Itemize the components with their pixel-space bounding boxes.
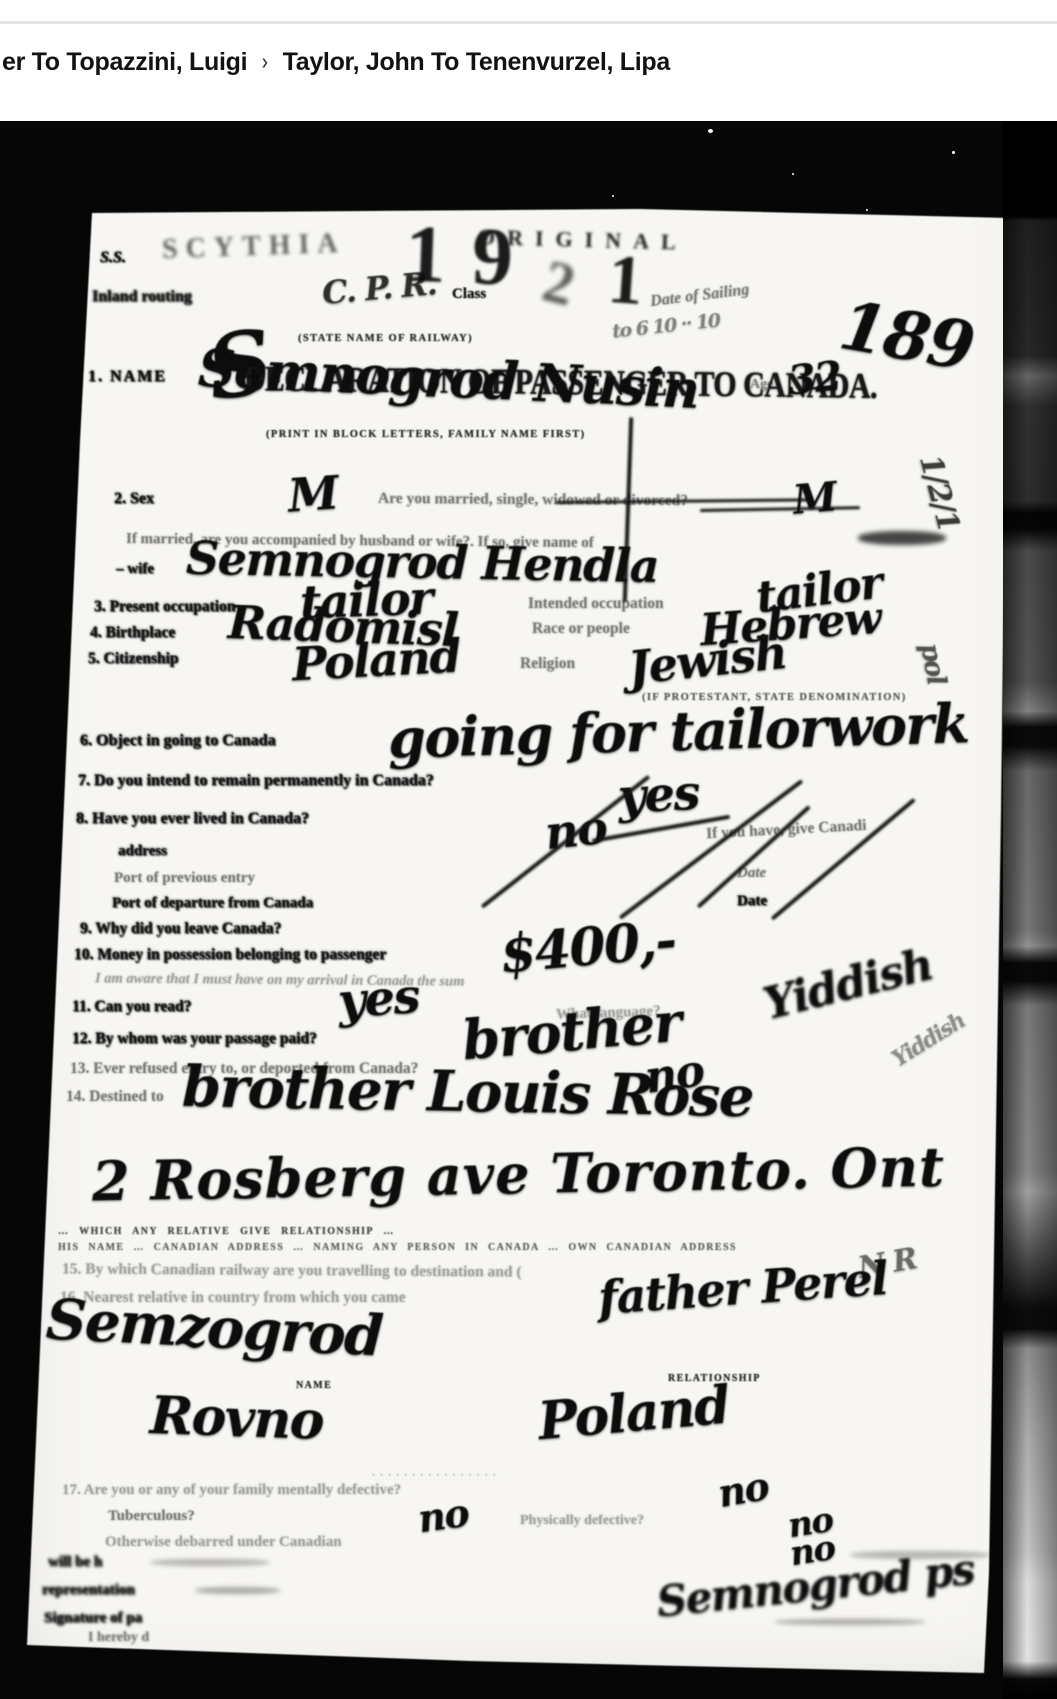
port-departure-label: Port of departure from Canada xyxy=(112,895,313,912)
race-label: Race or people xyxy=(532,620,630,638)
q2-sex-handwritten: M xyxy=(286,465,339,522)
otherwise-debarred-label: Otherwise debarred under Canadian xyxy=(105,1534,342,1551)
railway-note: (STATE NAME OF RAILWAY) xyxy=(298,333,473,344)
inland-routing-handwritten: C. P. R. xyxy=(321,264,438,312)
left-margin-vertical-scrawl: Semnogrod xyxy=(0,371,76,618)
port-previous-entry-label: Port of previous entry xyxy=(114,870,255,887)
signature-label: Signature of pa xyxy=(44,1610,142,1627)
pen-stroke-diagonal xyxy=(771,798,916,921)
q10-label: 10. Money in possession belonging to pas… xyxy=(74,946,386,964)
q11-answer-handwritten: yes xyxy=(336,968,421,1030)
q4-label: 4. Birthplace xyxy=(90,624,175,642)
q16-country-handwritten: Poland xyxy=(536,1375,732,1452)
q16-relative-handwritten: father Perel xyxy=(596,1251,888,1325)
year-stamp-2: 2 xyxy=(536,246,582,320)
willbe-label: will be h xyxy=(48,1554,102,1571)
q10-money-handwritten: $400,- xyxy=(498,909,678,985)
citizenship-handwritten: Poland xyxy=(291,629,462,692)
film-strip-shading xyxy=(1003,121,1057,1699)
q6-label: 6. Object in going to Canada xyxy=(80,732,276,750)
q14-label: 14. Destined to xyxy=(66,1088,164,1106)
tuberculous-answer-handwritten: no xyxy=(415,1490,471,1542)
q7-answer-handwritten: yes xyxy=(617,765,701,825)
q11-label: 11. Can you read? xyxy=(72,998,191,1016)
date-sailing-label: Date of Sailing xyxy=(649,281,750,311)
q9-label: 9. Why did you leave Canada? xyxy=(80,920,281,938)
header-divider xyxy=(0,21,1057,24)
breadcrumb-bar: er To Topazzini, Luigi›Taylor, John To T… xyxy=(0,0,1057,121)
fine-print-line2: HIS NAME … CANADIAN ADDRESS … NAMING ANY… xyxy=(58,1242,737,1253)
faint-text-smear xyxy=(195,1587,280,1594)
address-label: address xyxy=(118,843,167,860)
faint-text-smear xyxy=(775,1619,925,1625)
religion-label: Religion xyxy=(520,655,575,673)
q12-label: 12. By whom was your passage paid? xyxy=(72,1030,317,1048)
q1-label: 1. NAME xyxy=(88,368,167,386)
pen-stroke-diagonal xyxy=(481,775,651,909)
ss-label: S.S. xyxy=(100,249,126,267)
port-departure-date-label: Date xyxy=(737,893,767,910)
age-label: Age xyxy=(750,377,773,393)
paper-sheet: FORM 30A. 459 19 2 1 ORIGINAL S.S. SCYTH… xyxy=(0,121,1057,1699)
fine-print-line1: … WHICH ANY RELATIVE GIVE RELATIONSHIP … xyxy=(58,1226,395,1237)
form-number-label: FORM 30A. xyxy=(102,193,190,210)
breadcrumb: er To Topazzini, Luigi›Taylor, John To T… xyxy=(2,48,670,77)
wife-label: ‒ wife xyxy=(116,561,154,578)
hereby-label: I hereby d xyxy=(88,1630,149,1646)
q2-married-handwritten: M xyxy=(791,473,838,524)
film-strip-edge xyxy=(1003,121,1057,1699)
tuberculous-label: Tuberculous? xyxy=(108,1508,195,1525)
q7-label: 7. Do you intend to remain permanently i… xyxy=(78,772,434,790)
original-stamp: ORIGINAL xyxy=(478,224,688,255)
q5-label: 5. Citizenship xyxy=(88,650,178,668)
q2-label: 2. Sex xyxy=(114,490,154,508)
q1-note: (PRINT IN BLOCK LETTERS, FAMILY NAME FIR… xyxy=(266,429,586,440)
q15-label: 15. By which Canadian railway are you tr… xyxy=(62,1260,522,1281)
page: er To Topazzini, Luigi›Taylor, John To T… xyxy=(0,0,1057,1699)
language-handwritten: Yiddish xyxy=(758,939,937,1030)
ship-name-stamp: SCYTHIA xyxy=(161,228,346,266)
q17-label: 17. Are you or any of your family mental… xyxy=(62,1482,401,1499)
q16-place-handwritten: Rovno xyxy=(149,1385,324,1452)
port-entry-label: pass port of entry xyxy=(36,1648,141,1664)
religion-handwritten: Jewish xyxy=(626,625,789,695)
representation-label: representation xyxy=(42,1582,135,1599)
intended-occupation-label: Intended occupation xyxy=(528,595,664,613)
faint-text-smear xyxy=(150,1559,270,1566)
class-label: Class xyxy=(452,286,486,303)
q14-address-handwritten: 2 Rosberg ave Toronto. Ont xyxy=(92,1135,946,1214)
right-margin-scrawl: pol xyxy=(914,641,951,686)
language-handwritten-faint: Yiddish xyxy=(887,1008,969,1073)
age-handwritten: 32 xyxy=(786,352,843,404)
q14-destined-handwritten: brother Louis Rose xyxy=(181,1054,753,1130)
q3-label: 3. Present occupation xyxy=(94,598,235,616)
right-margin-marks: 1/2/1 xyxy=(912,451,966,534)
physically-defective-label: Physically defective? xyxy=(520,1513,644,1529)
breadcrumb-current: Taylor, John To Tenenvurzel, Lipa xyxy=(283,48,670,76)
scanned-form: FORM 30A. 459 19 2 1 ORIGINAL S.S. SCYTH… xyxy=(0,121,1057,1699)
q17-answer-handwritten: no xyxy=(714,1463,771,1516)
inland-routing-label: Inland routing xyxy=(92,288,192,306)
breadcrumb-prev-link[interactable]: er To Topazzini, Luigi xyxy=(2,48,247,76)
document-scan-viewer[interactable]: FORM 30A. 459 19 2 1 ORIGINAL S.S. SCYTH… xyxy=(0,121,1057,1699)
q16-faint-note: · · · · · · · · · · · · · · · · xyxy=(372,1470,497,1480)
q6-object-handwritten: going for tailorwork xyxy=(387,691,969,770)
breadcrumb-chevron-icon: › xyxy=(262,48,268,75)
corner-pencil-mark: 459 xyxy=(878,182,919,212)
q8-label: 8. Have you ever lived in Canada? xyxy=(76,810,309,828)
